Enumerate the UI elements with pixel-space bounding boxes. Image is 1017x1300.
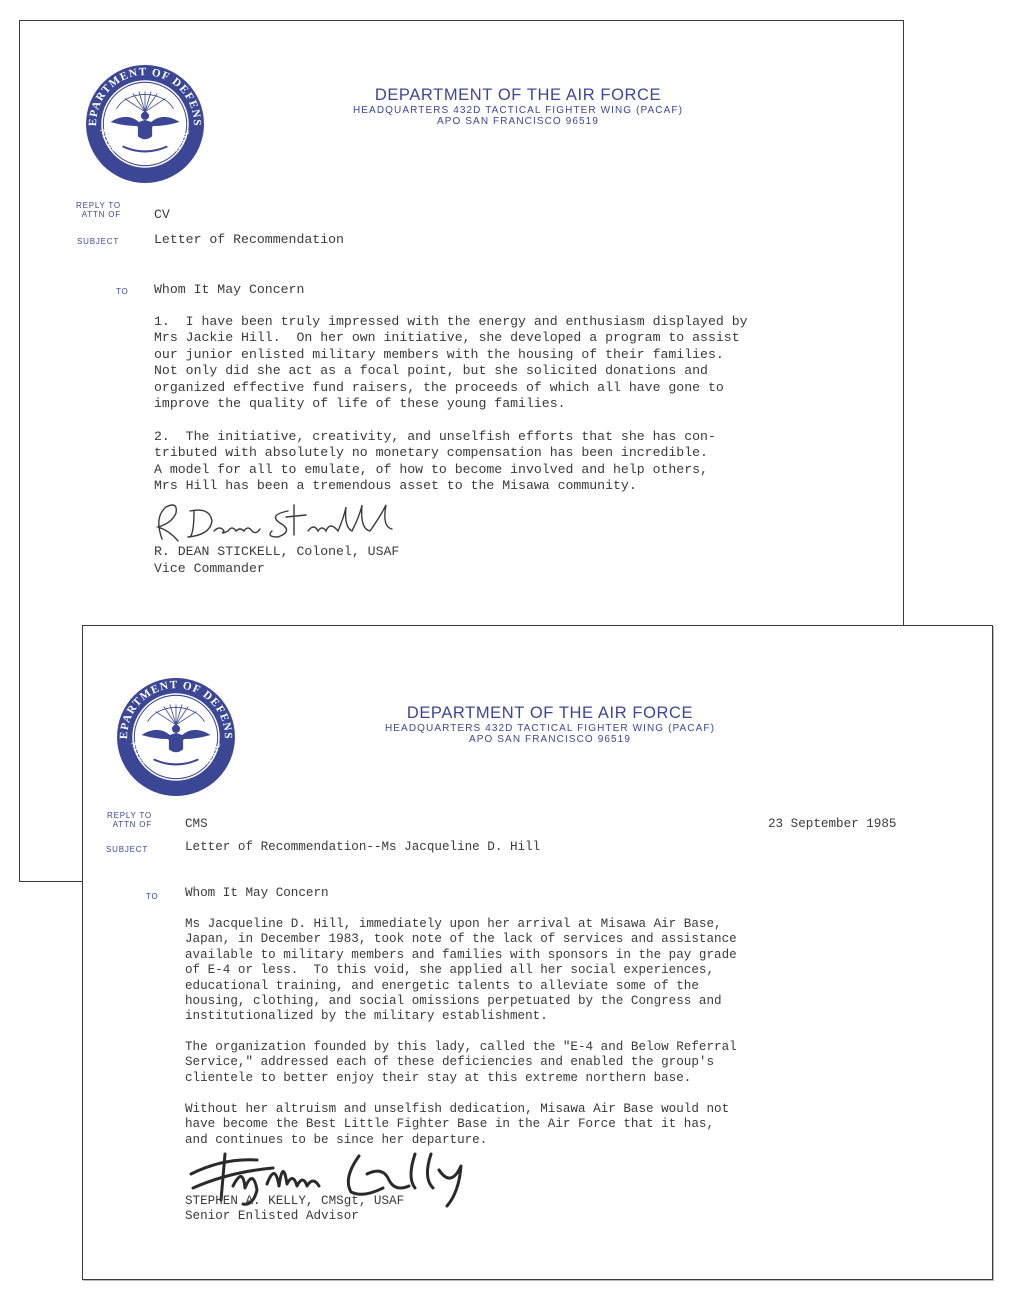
letterhead-unit: HEADQUARTERS 432D TACTICAL FIGHTER WING … [319, 723, 781, 734]
letterhead-address: APO SAN FRANCISCO 96519 [319, 734, 781, 745]
subject-value: Letter of Recommendation [154, 232, 344, 248]
attn-of-value: CMS [185, 817, 208, 832]
body-paragraph-3: Without her altruism and unselfish dedic… [185, 1102, 729, 1148]
dod-seal-icon: DEPARTMENT OF DEFENSE UNITED STATES OF A… [84, 63, 206, 185]
to-value: Whom It May Concern [185, 886, 329, 901]
reply-to-label: REPLY TOATTN OF [76, 201, 121, 219]
letter-page-kelly: DEPARTMENT OF DEFENSE UNITED STATES OF A… [82, 625, 993, 1280]
letterhead-unit: HEADQUARTERS 432D TACTICAL FIGHTER WING … [288, 105, 748, 116]
signature-name: STEPHEN A. KELLY, CMSgt, USAF [185, 1194, 404, 1209]
letter-date: 23 September 1985 [768, 817, 896, 832]
signature-stickell [148, 497, 428, 547]
body-paragraph-2: The organization founded by this lady, c… [185, 1040, 737, 1086]
body-paragraph-1: Ms Jacqueline D. Hill, immediately upon … [185, 917, 737, 1025]
to-label: TO [146, 892, 159, 901]
signature-title: Senior Enlisted Advisor [185, 1209, 359, 1224]
subject-label: SUBJECT [106, 845, 148, 854]
subject-label: SUBJECT [77, 237, 119, 246]
letterhead: DEPARTMENT OF THE AIR FORCE HEADQUARTERS… [288, 85, 748, 127]
to-label: TO [116, 287, 129, 296]
body-paragraph-2: 2. The initiative, creativity, and unsel… [154, 429, 716, 495]
subject-value: Letter of Recommendation--Ms Jacqueline … [185, 840, 540, 855]
signature-title: Vice Commander [154, 561, 265, 577]
letterhead: DEPARTMENT OF THE AIR FORCE HEADQUARTERS… [319, 703, 781, 745]
letterhead-address: APO SAN FRANCISCO 96519 [288, 116, 748, 127]
reply-to-label: REPLY TOATTN OF [107, 811, 152, 829]
letterhead-title: DEPARTMENT OF THE AIR FORCE [319, 703, 781, 723]
dod-seal-icon: DEPARTMENT OF DEFENSE UNITED STATES OF A… [115, 676, 237, 798]
body-paragraph-1: 1. I have been truly impressed with the … [154, 314, 748, 412]
letterhead-title: DEPARTMENT OF THE AIR FORCE [288, 85, 748, 105]
attn-of-value: CV [154, 207, 170, 223]
signature-name: R. DEAN STICKELL, Colonel, USAF [154, 544, 399, 560]
to-value: Whom It May Concern [154, 282, 304, 298]
